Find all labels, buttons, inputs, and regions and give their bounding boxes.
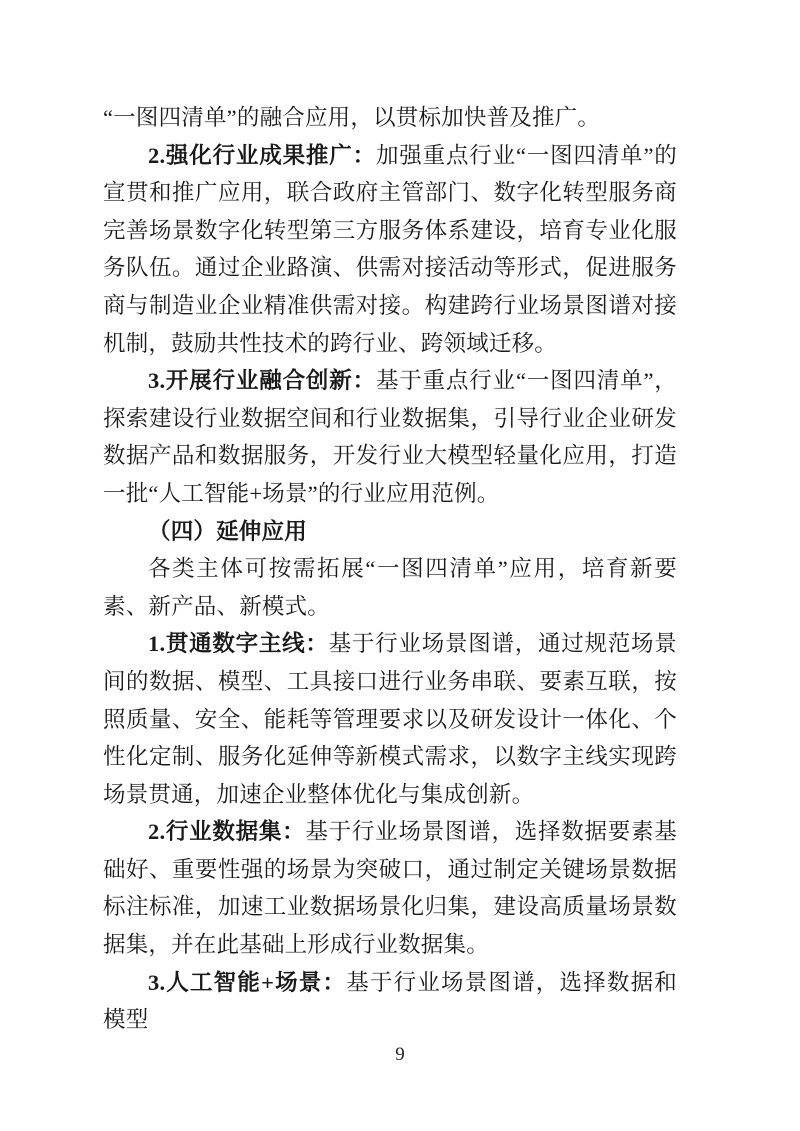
paragraph: 3.人工智能+场景：基于行业场景图谱，选择数据和模型 <box>103 964 677 1039</box>
page-number: 9 <box>0 1044 800 1066</box>
paragraph: 1.贯通数字主线：基于行业场景图谱，通过规范场景间的数据、模型、工具接口进行业务… <box>103 625 677 813</box>
paragraph-lead-bold: 3.开展行业融合创新： <box>148 368 376 393</box>
paragraph-lead-bold: （四）延伸应用 <box>148 519 307 544</box>
paragraph-lead-bold: 3.人工智能+场景： <box>148 970 346 995</box>
paragraph-lead-bold: 2.强化行业成果推广： <box>148 143 376 168</box>
paragraph: “一图四清单”的融合应用，以贯标加快普及推广。 <box>103 99 677 137</box>
paragraph: 3.开展行业融合创新：基于重点行业“一图四清单”，探索建设行业数据空间和行业数据… <box>103 362 677 512</box>
paragraph-text: 各类主体可按需拓展“一图四清单”应用，培育新要素、新产品、新模式。 <box>103 556 677 619</box>
paragraph-text: 基于行业场景图谱，通过规范场景间的数据、模型、工具接口进行业务串联、要素互联，按… <box>103 631 677 806</box>
paragraph-lead-bold: 1.贯通数字主线： <box>148 631 329 656</box>
paragraph: 2.行业数据集：基于行业场景图谱，选择数据要素基础好、重要性强的场景为突破口，通… <box>103 813 677 963</box>
document-page: “一图四清单”的融合应用，以贯标加快普及推广。2.强化行业成果推广：加强重点行业… <box>103 99 677 1039</box>
text-block: “一图四清单”的融合应用，以贯标加快普及推广。2.强化行业成果推广：加强重点行业… <box>103 99 677 1039</box>
paragraph: 各类主体可按需拓展“一图四清单”应用，培育新要素、新产品、新模式。 <box>103 550 677 625</box>
paragraph: 2.强化行业成果推广：加强重点行业“一图四清单”的宣贯和推广应用，联合政府主管部… <box>103 137 677 363</box>
paragraph-text: 加强重点行业“一图四清单”的宣贯和推广应用，联合政府主管部门、数字化转型服务商完… <box>103 143 677 356</box>
paragraph-text: “一图四清单”的融合应用，以贯标加快普及推广。 <box>103 105 600 130</box>
paragraph-lead-bold: 2.行业数据集： <box>148 819 305 844</box>
section-heading: （四）延伸应用 <box>103 513 677 551</box>
